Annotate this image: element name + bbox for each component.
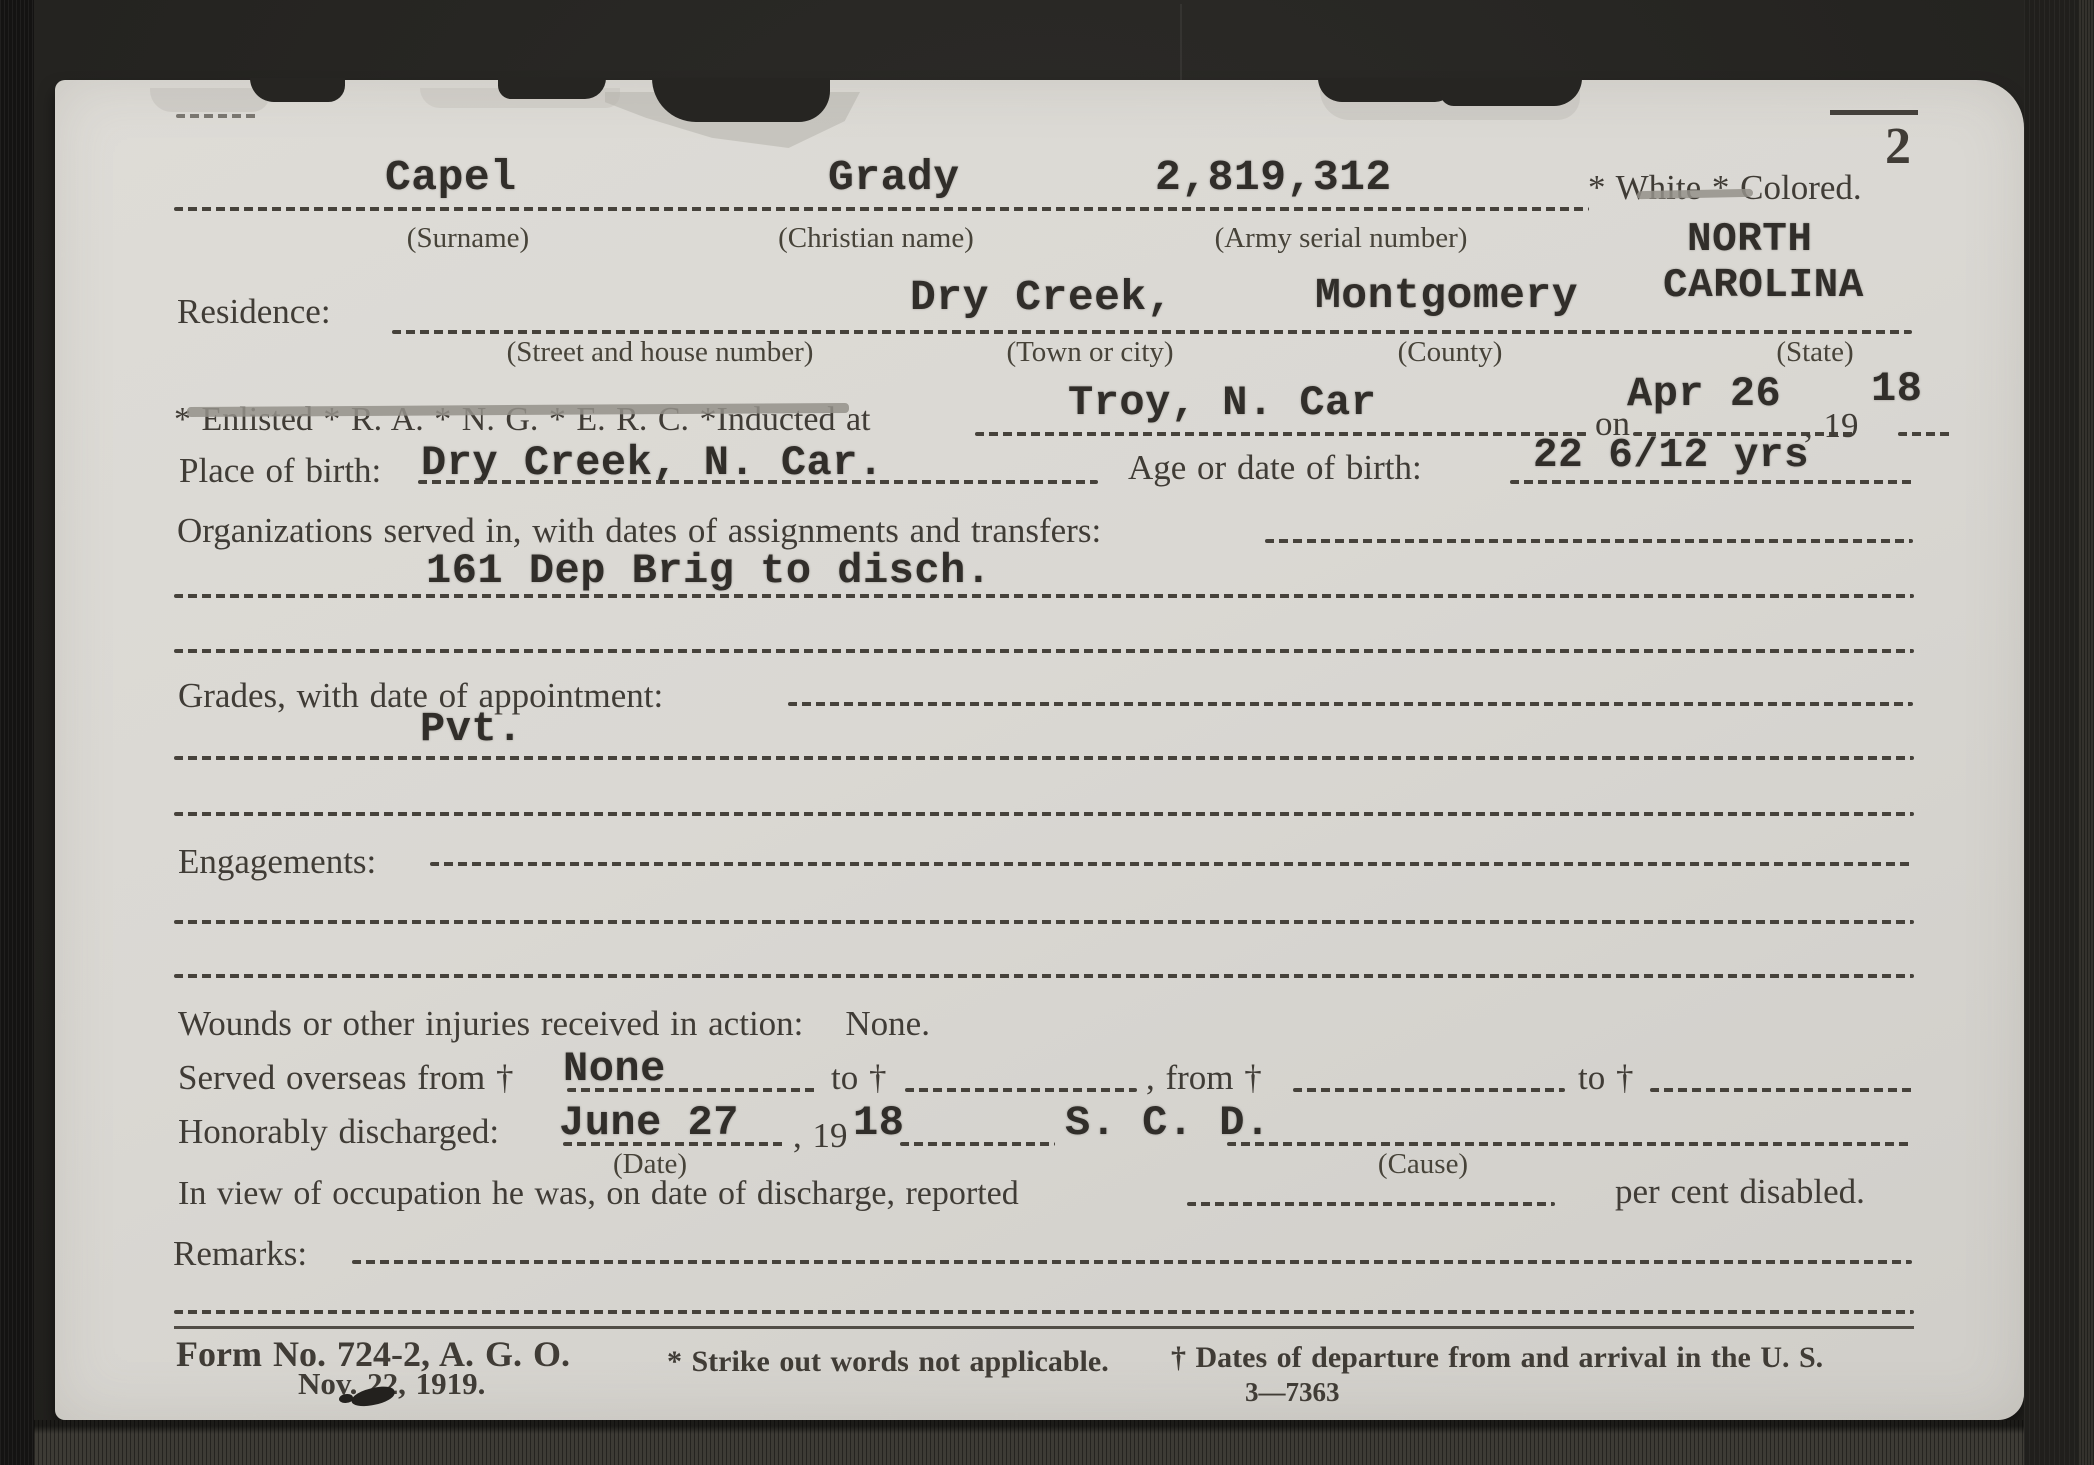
overseas-rule-4 [1650, 1088, 1913, 1092]
county-value: Montgomery [1315, 274, 1578, 317]
engagements-label: Engagements: [178, 844, 376, 881]
place-of-birth-value: Dry Creek, N. Car. [421, 442, 884, 484]
remarks-rule-1 [352, 1260, 1912, 1264]
overseas-rule-3 [1293, 1088, 1565, 1092]
induction-place-rule [975, 432, 1587, 436]
induction-date-value: Apr 26 [1627, 373, 1781, 415]
print-code: 3—7363 [1245, 1378, 1340, 1406]
torn-edge-bite [1318, 78, 1453, 102]
town-value: Dry Creek, [910, 276, 1173, 319]
state-label: (State) [1776, 336, 1853, 369]
street-label: (Street and house number) [507, 336, 814, 369]
county-label: (County) [1398, 336, 1503, 369]
engagements-rule-3 [174, 974, 1914, 978]
residence-rule [392, 330, 1912, 334]
army-serial-number-value: 2,819,312 [1155, 156, 1392, 199]
age-value: 22 6/12 yrs [1533, 436, 1809, 477]
induction-year-rule [1898, 432, 1953, 436]
overseas-from-value: None [563, 1048, 666, 1090]
overseas-rule-2 [905, 1088, 1137, 1092]
grades-value: Pvt. [420, 708, 523, 750]
page-number: 2 [1885, 120, 1911, 175]
book-edge-texture [30, 1420, 2094, 1465]
surname-value: Capel [385, 156, 517, 199]
place-of-birth-label: Place of birth: [179, 453, 381, 490]
footer-divider-rule [174, 1326, 1914, 1329]
age-label: Age or date of birth: [1128, 450, 1422, 487]
discharge-rule-3 [1227, 1142, 1913, 1146]
grades-rule-2 [174, 756, 1914, 760]
wounds-label: Wounds or other injuries received in act… [178, 1004, 803, 1043]
army-serial-number-label: (Army serial number) [1215, 222, 1468, 255]
discharge-year-value: 18 [853, 1102, 904, 1144]
overseas-label: Served overseas from † [178, 1060, 513, 1097]
top-left-mark [176, 114, 258, 118]
overseas-to2-label: to † [1578, 1060, 1633, 1097]
torn-edge-bite [498, 78, 606, 99]
induction-year-prefix: , 19 [1804, 408, 1859, 445]
state-value-line2: CAROLINA [1663, 266, 1864, 307]
name-row-rule [174, 207, 1589, 211]
disability-rule [1187, 1202, 1555, 1206]
dagger-note: † Dates of departure from and arrival in… [1171, 1342, 1823, 1374]
disability-label-right: per cent disabled. [1615, 1174, 1865, 1211]
scan-right-edge [2078, 0, 2094, 1465]
discharge-year-prefix: , 19 [793, 1118, 848, 1155]
organizations-rule-3 [174, 649, 1914, 653]
discharged-label: Honorably discharged: [178, 1114, 499, 1151]
organizations-rule-2 [174, 594, 1914, 598]
engagements-rule [430, 862, 1913, 866]
disability-label-left: In view of occupation he was, on date of… [178, 1176, 1019, 1212]
torn-edge-bite [1440, 78, 1582, 106]
tear-shading [150, 88, 270, 112]
discharge-date-value: June 27 [559, 1102, 739, 1144]
remarks-rule-2 [174, 1310, 1914, 1314]
scan-crease [1180, 4, 1182, 84]
wounds-line: Wounds or other injuries received in act… [178, 1006, 930, 1043]
scanned-service-record: 2 Capel Grady 2,819,312 * White * Colore… [0, 0, 2094, 1465]
overseas-to-label: to † [831, 1060, 886, 1097]
page-number-rule [1830, 110, 1918, 115]
torn-edge-bite [652, 78, 830, 122]
torn-edge-bite [250, 78, 345, 102]
christian-name-value: Grady [828, 156, 960, 199]
scan-left-border [0, 0, 34, 1465]
discharge-rule-2 [900, 1142, 1055, 1146]
engagements-rule-2 [174, 920, 1914, 924]
strike-note: * Strike out words not applicable. [667, 1346, 1109, 1378]
wounds-value: None. [845, 1004, 930, 1043]
organizations-value: 161 Dep Brig to disch. [426, 550, 992, 592]
state-value-line1: NORTH [1687, 220, 1813, 261]
christian-name-label: (Christian name) [778, 222, 974, 255]
residence-label: Residence: [177, 294, 331, 331]
surname-label: (Surname) [407, 222, 529, 255]
grades-rule-3 [174, 812, 1914, 816]
town-label: (Town or city) [1006, 336, 1173, 369]
age-rule [1510, 480, 1913, 484]
induction-year-value: 18 [1871, 368, 1922, 410]
overseas-rule-1 [567, 1088, 817, 1092]
organizations-rule [1265, 539, 1913, 543]
induction-place-value: Troy, N. Car [1068, 382, 1376, 424]
grades-rule [788, 702, 1913, 706]
discharge-cause-value: S. C. D. [1065, 1102, 1271, 1144]
remarks-label: Remarks: [173, 1236, 307, 1273]
overseas-from2-label: , from † [1146, 1060, 1262, 1097]
organizations-label: Organizations served in, with dates of a… [177, 513, 1101, 550]
place-of-birth-rule [418, 480, 1098, 484]
discharge-cause-sublabel: (Cause) [1378, 1148, 1468, 1181]
discharge-rule-1 [563, 1142, 785, 1146]
service-record-card: 2 Capel Grady 2,819,312 * White * Colore… [55, 80, 2024, 1420]
